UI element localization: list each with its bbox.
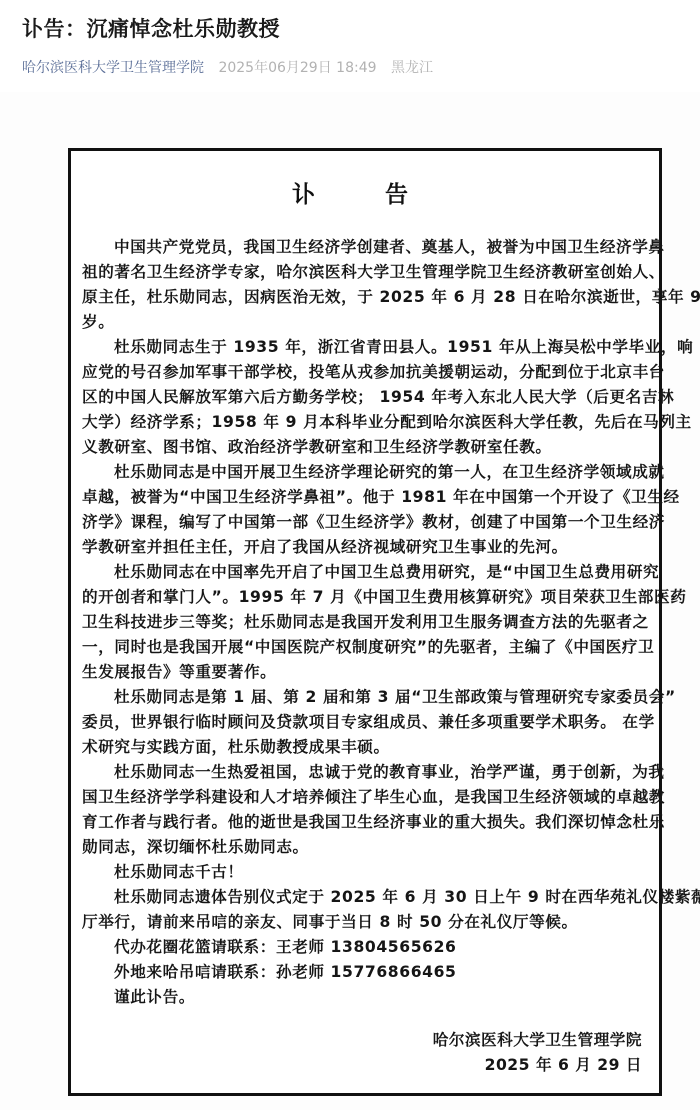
notice-body: 中国共产党党员，我国卫生经济学创建者、奠基人，被誉为中国卫生经济学鼻祖的著名卫生…	[82, 235, 652, 1010]
notice-text-line: 中国共产党党员，我国卫生经济学创建者、奠基人，被誉为中国卫生经济学鼻	[82, 235, 652, 260]
notice-text-line: 杜乐勋同志一生热爱祖国，忠诚于党的教育事业，治学严谨，勇于创新，为我	[82, 760, 652, 785]
notice-text-line: 卫生科技进步三等奖；杜乐勋同志是我国开发利用卫生服务调查方法的先驱者之	[82, 610, 652, 635]
notice-text-line: 义教研室、图书馆、政治经济学教研室和卫生经济学教研室任教。	[82, 435, 652, 460]
notice-text-line: 杜乐勋同志遗体告别仪式定于 2025 年 6 月 30 日上午 9 时在西华苑礼…	[82, 885, 652, 910]
notice-text-line: 区的中国人民解放军第六后方勤务学校； 1954 年考入东北人民大学（后更名吉林	[82, 385, 652, 410]
heading-char-right: 告	[385, 180, 408, 210]
notice-text-line: 厅举行，请前来吊唁的亲友、同事于当日 8 时 50 分在礼仪厅等候。	[82, 910, 652, 935]
heading-char-left: 讣	[292, 180, 315, 210]
publish-location: 黑龙江	[391, 60, 433, 76]
notice-text-line: 生发展报告》等重要著作。	[82, 660, 652, 685]
notice-signature: 哈尔滨医科大学卫生管理学院 2025 年 6 月 29 日	[433, 1028, 642, 1078]
notice-text-line: 杜乐勋同志在中国率先开启了中国卫生总费用研究，是“中国卫生总费用研究	[82, 560, 652, 585]
notice-text-line: 学教研室并担任主任，开启了我国从经济视域研究卫生事业的先河。	[82, 535, 652, 560]
article-meta: 哈尔滨医科大学卫生管理学院 2025年06月29日 18:49 黑龙江	[22, 58, 433, 78]
notice-text-line: 祖的著名卫生经济学专家，哈尔滨医科大学卫生管理学院卫生经济教研室创始人、	[82, 260, 652, 285]
notice-text-line: 育工作者与践行者。他的逝世是我国卫生经济事业的重大损失。我们深切悼念杜乐	[82, 810, 652, 835]
notice-text-line: 代办花圈花篮请联系：王老师 13804565626	[82, 935, 652, 960]
notice-text-line: 术研究与实践方面，杜乐勋教授成果丰硕。	[82, 735, 652, 760]
notice-text-line: 杜乐勋同志千古！	[82, 860, 652, 885]
notice-text-line: 的开创者和掌门人”。1995 年 7 月《中国卫生费用核算研究》项目荣获卫生部医…	[82, 585, 652, 610]
notice-text-line: 委员，世界银行临时顾问及贷款项目专家组成员、兼任多项重要学术职务。 在学	[82, 710, 652, 735]
author-link[interactable]: 哈尔滨医科大学卫生管理学院	[22, 60, 204, 76]
notice-text-line: 岁。	[82, 310, 652, 335]
notice-text-line: 原主任，杜乐勋同志，因病医治无效，于 2025 年 6 月 28 日在哈尔滨逝世…	[82, 285, 652, 310]
notice-text-line: 应党的号召参加军事干部学校，投笔从戎参加抗美援朝运动，分配到位于北京丰台	[82, 360, 652, 385]
notice-text-line: 杜乐勋同志生于 1935 年，浙江省青田县人。1951 年从上海吴松中学毕业，响	[82, 335, 652, 360]
notice-text-line: 卓越，被誉为“中国卫生经济学鼻祖”。他于 1981 年在中国第一个开设了《卫生经	[82, 485, 652, 510]
notice-text-line: 谨此讣告。	[82, 985, 652, 1010]
signature-organization: 哈尔滨医科大学卫生管理学院	[433, 1028, 642, 1053]
notice-text-line: 勋同志，深切缅怀杜乐勋同志。	[82, 835, 652, 860]
notice-text-line: 一，同时也是我国开展“中国医院产权制度研究”的先驱者，主编了《中国医疗卫	[82, 635, 652, 660]
signature-date: 2025 年 6 月 29 日	[433, 1053, 642, 1078]
notice-heading: 讣告	[0, 180, 700, 210]
publish-date: 2025年06月29日 18:49	[218, 60, 376, 76]
notice-text-line: 济学》课程，编写了中国第一部《卫生经济学》教材，创建了中国第一个卫生经济	[82, 510, 652, 535]
notice-text-line: 国卫生经济学学科建设和人才培养倾注了毕生心血，是我国卫生经济领域的卓越教	[82, 785, 652, 810]
notice-text-line: 杜乐勋同志是中国开展卫生经济学理论研究的第一人，在卫生经济学领域成就	[82, 460, 652, 485]
notice-text-line: 大学）经济学系；1958 年 9 月本科毕业分配到哈尔滨医科大学任教，先后在马列…	[82, 410, 652, 435]
notice-text-line: 外地来哈吊唁请联系：孙老师 15776866465	[82, 960, 652, 985]
article-title: 讣告：沉痛悼念杜乐勋教授	[22, 14, 280, 44]
notice-text-line: 杜乐勋同志是第 1 届、第 2 届和第 3 届“卫生部政策与管理研究专家委员会”	[82, 685, 652, 710]
